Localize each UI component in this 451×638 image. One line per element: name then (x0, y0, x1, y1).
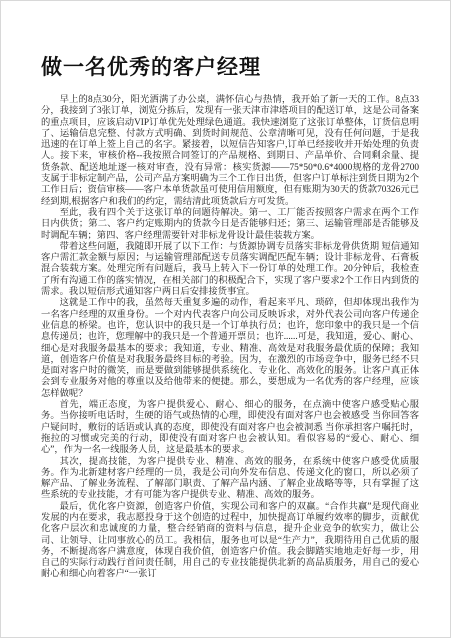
paragraph: 首先，端正态度，为客户提供爱心、耐心、细心的服务，在点滴中使客户感受贴心服务。当… (41, 400, 419, 456)
paragraph: 其次，提高技能，为客户提供专业、精准、高效的服务，在系统中使客户感受优质服务。作… (41, 457, 419, 502)
document-body: 早上的8点30分，阳光洒满了办公桌，满怀信心与热情，我开始了新一天的工作。8点3… (41, 95, 419, 581)
paragraph: 这就是工作中的我，虽然每天重复多遍的动作，看起来平凡、琐碎，但却体现出我作为一名… (41, 298, 419, 400)
paragraph: 早上的8点30分，阳光洒满了办公桌，满怀信心与热情，我开始了新一天的工作。8点3… (41, 95, 419, 208)
document-page: 做一名优秀的客户经理 早上的8点30分，阳光洒满了办公桌，满怀信心与热情，我开始… (0, 0, 451, 638)
paragraph: 最后，优化客户资源，创造客户价值，实现公司和客户的双赢。“合作共赢”是现代商业发… (41, 502, 419, 581)
paragraph: 带着这些问题，我随即开展了以下工作：与货源协调专员落实非标龙骨供货期 短信通知客… (41, 242, 419, 298)
document-title: 做一名优秀的客户经理 (41, 51, 419, 81)
document-content: 做一名优秀的客户经理 早上的8点30分，阳光洒满了办公桌，满怀信心与热情，我开始… (41, 51, 419, 597)
paragraph: 至此，我有四个关于这张订单的问题待解决。第一、工厂能否按照客户需求在两个工作日内… (41, 208, 419, 242)
